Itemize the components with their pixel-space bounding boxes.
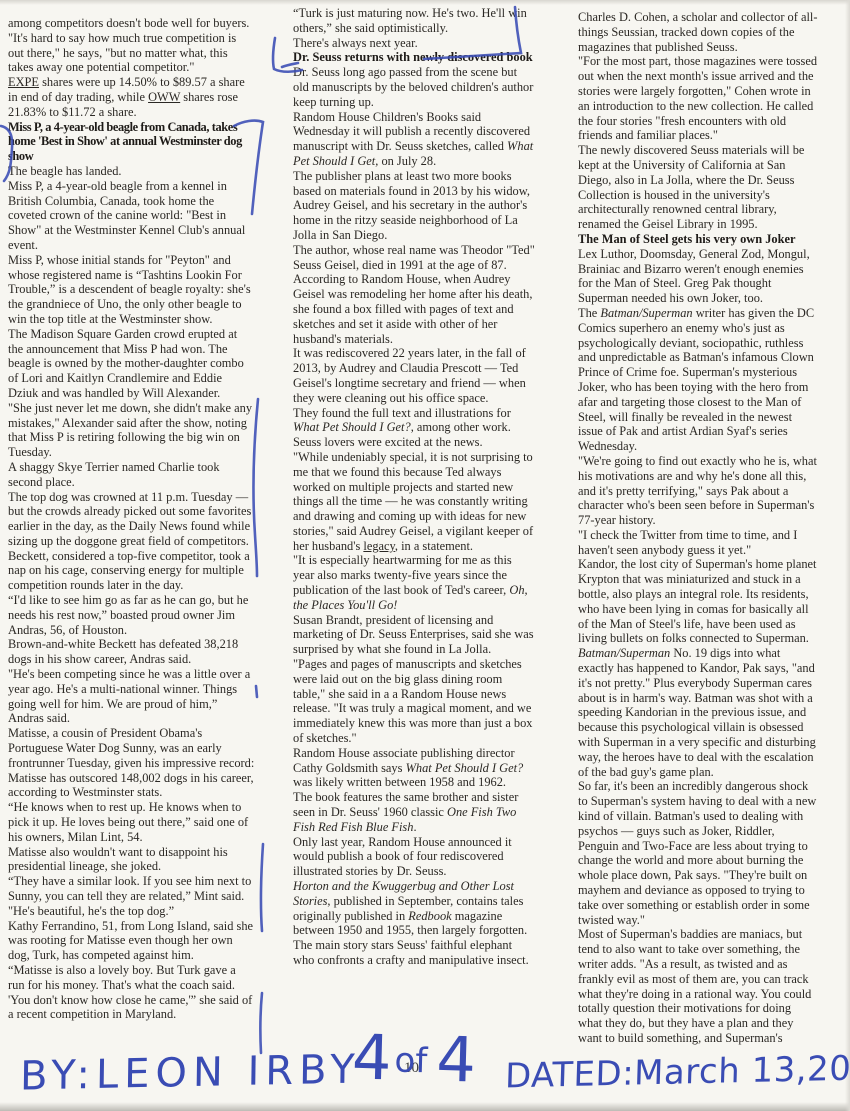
- text-segment: was likely written between 1958 and 1962…: [293, 775, 506, 789]
- scan-edge-bottom: [0, 1102, 850, 1111]
- paragraph: "It is especially heartwarming for me as…: [293, 553, 535, 612]
- text-segment: "He's been competing since he was a litt…: [8, 667, 250, 725]
- text-segment: Miss P, whose initial stands for "Peyton…: [8, 253, 251, 326]
- text-segment: Kathy Ferrandino, 51, from Long Island, …: [8, 919, 253, 963]
- handwritten-page-last: 4: [435, 1023, 478, 1097]
- paragraph: Miss P, a 4-year-old beagle from a kenne…: [8, 179, 255, 253]
- text-segment: OWW: [148, 90, 180, 104]
- paragraph: “I'd like to see him go as far as he can…: [8, 593, 255, 637]
- text-segment: “I'd like to see him go as far as he can…: [8, 593, 248, 637]
- text-segment: Dr. Seuss returns with newly discovered …: [293, 50, 533, 64]
- text-segment: Dr. Seuss long ago passed from the scene…: [293, 65, 533, 109]
- text-segment: What Pet Should I Get?: [293, 420, 411, 434]
- text-segment: Matisse also wouldn't want to disappoint…: [8, 845, 228, 874]
- paragraph: Random House associate publishing direct…: [293, 746, 535, 790]
- text-segment: , in a statement.: [395, 539, 473, 553]
- text-segment: Miss P, a 4-year-old beagle from a kenne…: [8, 179, 245, 252]
- paragraph: The beagle has landed.: [8, 164, 255, 179]
- text-segment: Matisse, a cousin of President Obama's P…: [8, 726, 254, 799]
- text-segment: Batman/Superman: [578, 646, 670, 660]
- text-segment: Random House Children's Books said Wedne…: [293, 110, 530, 154]
- paragraph: "While undeniably special, it is not sur…: [293, 450, 535, 554]
- text-segment: The top dog was crowned at 11 p.m. Tuesd…: [8, 490, 251, 548]
- paragraph: The Madison Square Garden crowd erupted …: [8, 327, 255, 401]
- handwritten-page-first: 4: [351, 1020, 394, 1094]
- text-segment: The author, whose real name was Theodor …: [293, 243, 535, 272]
- paragraph: The book features the same brother and s…: [293, 790, 535, 834]
- paragraph: Only last year, Random House announced i…: [293, 835, 535, 879]
- paragraph: The author, whose real name was Theodor …: [293, 243, 535, 273]
- text-segment: “He knows when to rest up. He knows when…: [8, 800, 248, 844]
- text-segment: What Pet Should I Get?: [406, 761, 524, 775]
- text-segment: .: [413, 820, 416, 834]
- text-segment: "It is especially heartwarming for me as…: [293, 553, 512, 597]
- text-segment: Batman/Superman: [600, 306, 692, 320]
- paragraph: Dr. Seuss long ago passed from the scene…: [293, 65, 535, 109]
- article-column-1: among competitors doesn't bode well for …: [8, 16, 255, 1022]
- paragraph: The newly discovered Seuss materials wil…: [578, 143, 818, 232]
- text-segment: Only last year, Random House announced i…: [293, 835, 512, 879]
- paragraph: Kathy Ferrandino, 51, from Long Island, …: [8, 919, 255, 963]
- scan-edge-top: [0, 0, 850, 5]
- text-segment: There's always next year.: [293, 36, 418, 50]
- text-segment: The Madison Square Garden crowd erupted …: [8, 327, 244, 400]
- paragraph: Kandor, the lost city of Superman's home…: [578, 557, 818, 646]
- text-segment: "While undeniably special, it is not sur…: [293, 450, 533, 553]
- text-segment: “Matisse is also a lovely boy. But Turk …: [8, 963, 252, 1021]
- paragraph: There's always next year.: [293, 36, 535, 51]
- paragraph: Brown-and-white Beckett has defeated 38,…: [8, 637, 255, 667]
- paragraph: “Matisse is also a lovely boy. But Turk …: [8, 963, 255, 1022]
- text-segment: on July 28.: [378, 154, 436, 168]
- text-segment: EXPE: [8, 75, 39, 89]
- text-segment: "Pages and pages of manuscripts and sket…: [293, 657, 533, 745]
- paragraph: "It's hard to say how much true competit…: [8, 31, 255, 75]
- paragraph: The main story stars Seuss' faithful ele…: [293, 938, 535, 968]
- paragraph: A shaggy Skye Terrier named Charlie took…: [8, 460, 255, 490]
- article-heading: Miss P, a 4-year-old beagle from Canada,…: [8, 120, 255, 164]
- text-segment: Charles D. Cohen, a scholar and collecto…: [578, 10, 817, 54]
- text-segment: “Turk is just maturing now. He's two. He…: [293, 6, 527, 35]
- handwritten-byline: BY:LEON IRBY: [20, 1046, 361, 1099]
- paragraph: Seuss lovers were excited at the news.: [293, 435, 535, 450]
- paragraph: Most of Superman's baddies are maniacs, …: [578, 927, 818, 1045]
- handwritten-page-of: of: [394, 1040, 428, 1081]
- paragraph: It was rediscovered 22 years later, in t…: [293, 346, 535, 405]
- paragraph: According to Random House, when Audrey G…: [293, 272, 535, 346]
- article-column-2: “Turk is just maturing now. He's two. He…: [293, 6, 535, 968]
- paragraph: "We're going to find out exactly who he …: [578, 454, 818, 528]
- text-segment: The main story stars Seuss' faithful ele…: [293, 938, 529, 967]
- text-segment: Beckett, considered a top-five competito…: [8, 549, 250, 593]
- text-segment: "She just never let me down, she didn't …: [8, 401, 252, 459]
- paragraph: They found the full text and illustratio…: [293, 406, 535, 436]
- text-segment: “They have a similar look. If you see hi…: [8, 874, 251, 918]
- pen-vertical-line-2: [261, 844, 263, 931]
- text-segment: Kandor, the lost city of Superman's home…: [578, 557, 816, 645]
- paragraph: So far, it's been an incredibly dangerou…: [578, 779, 818, 927]
- paragraph: "Pages and pages of manuscripts and sket…: [293, 657, 535, 746]
- text-segment: Lex Luthor, Doomsday, General Zod, Mongu…: [578, 247, 810, 305]
- text-segment: "It's hard to say how much true competit…: [8, 31, 236, 75]
- text-segment: writer has given the DC Comics superhero…: [578, 306, 814, 453]
- text-segment: The: [578, 306, 600, 320]
- text-segment: It was rediscovered 22 years later, in t…: [293, 346, 526, 404]
- paragraph: The publisher plans at least two more bo…: [293, 169, 535, 243]
- text-segment: Most of Superman's baddies are maniacs, …: [578, 927, 811, 1045]
- paragraph: “They have a similar look. If you see hi…: [8, 874, 255, 918]
- text-segment: The Man of Steel gets his very own Joker: [578, 232, 796, 246]
- text-segment: , among other work.: [411, 420, 511, 434]
- paragraph: Beckett, considered a top-five competito…: [8, 549, 255, 593]
- handwritten-date: DATED:March 13,2015: [504, 1048, 850, 1097]
- paragraph: Random House Children's Books said Wedne…: [293, 110, 535, 169]
- text-segment: "I check the Twitter from time to time, …: [578, 528, 797, 557]
- paragraph: "For the most part, those magazines were…: [578, 54, 818, 143]
- text-segment: No. 19 digs into what exactly has happen…: [578, 646, 816, 778]
- paragraph: The Batman/Superman writer has given the…: [578, 306, 818, 454]
- article-heading: Dr. Seuss returns with newly discovered …: [293, 50, 535, 65]
- text-segment: among competitors doesn't bode well for …: [8, 16, 249, 30]
- handwritten-page-marker: 4 of 4: [351, 1020, 479, 1096]
- pen-vertical-line-3: [260, 993, 262, 1053]
- paragraph: Matisse also wouldn't want to disappoint…: [8, 845, 255, 875]
- scan-edge-right: [845, 0, 850, 1111]
- text-segment: Redbook: [408, 909, 451, 923]
- paragraph: Charles D. Cohen, a scholar and collecto…: [578, 10, 818, 54]
- article-column-3: Charles D. Cohen, a scholar and collecto…: [578, 10, 818, 1046]
- paragraph: Susan Brandt, president of licensing and…: [293, 613, 535, 657]
- text-segment: "For the most part, those magazines were…: [578, 54, 817, 142]
- paragraph: EXPE shares were up 14.50% to $89.57 a s…: [8, 75, 255, 119]
- paragraph: Matisse, a cousin of President Obama's P…: [8, 726, 255, 800]
- article-heading: The Man of Steel gets his very own Joker: [578, 232, 818, 247]
- text-segment: The beagle has landed.: [8, 164, 122, 178]
- text-segment: So far, it's been an incredibly dangerou…: [578, 779, 816, 926]
- text-segment: They found the full text and illustratio…: [293, 406, 511, 420]
- paragraph: Horton and the Kwuggerbug and Other Lost…: [293, 879, 535, 938]
- text-segment: A shaggy Skye Terrier named Charlie took…: [8, 460, 220, 489]
- text-segment: The newly discovered Seuss materials wil…: [578, 143, 804, 231]
- text-segment: The publisher plans at least two more bo…: [293, 169, 530, 242]
- paragraph: “He knows when to rest up. He knows when…: [8, 800, 255, 844]
- paragraph: among competitors doesn't bode well for …: [8, 16, 255, 31]
- text-segment: According to Random House, when Audrey G…: [293, 272, 532, 345]
- paragraph: "She just never let me down, she didn't …: [8, 401, 255, 460]
- paragraph: “Turk is just maturing now. He's two. He…: [293, 6, 535, 36]
- paragraph: The top dog was crowned at 11 p.m. Tuesd…: [8, 490, 255, 549]
- text-segment: legacy: [363, 539, 395, 553]
- text-segment: Miss P, a 4-year-old beagle from Canada,…: [8, 120, 242, 164]
- paragraph: "I check the Twitter from time to time, …: [578, 528, 818, 558]
- text-segment: Seuss lovers were excited at the news.: [293, 435, 483, 449]
- pen-tick-small: [256, 686, 257, 697]
- text-segment: Brown-and-white Beckett has defeated 38,…: [8, 637, 238, 666]
- text-segment: "We're going to find out exactly who he …: [578, 454, 817, 527]
- paragraph: Lex Luthor, Doomsday, General Zod, Mongu…: [578, 247, 818, 306]
- paragraph: Batman/Superman No. 19 digs into what ex…: [578, 646, 818, 779]
- paragraph: Miss P, whose initial stands for "Peyton…: [8, 253, 255, 327]
- text-segment: Susan Brandt, president of licensing and…: [293, 613, 534, 657]
- paragraph: "He's been competing since he was a litt…: [8, 667, 255, 726]
